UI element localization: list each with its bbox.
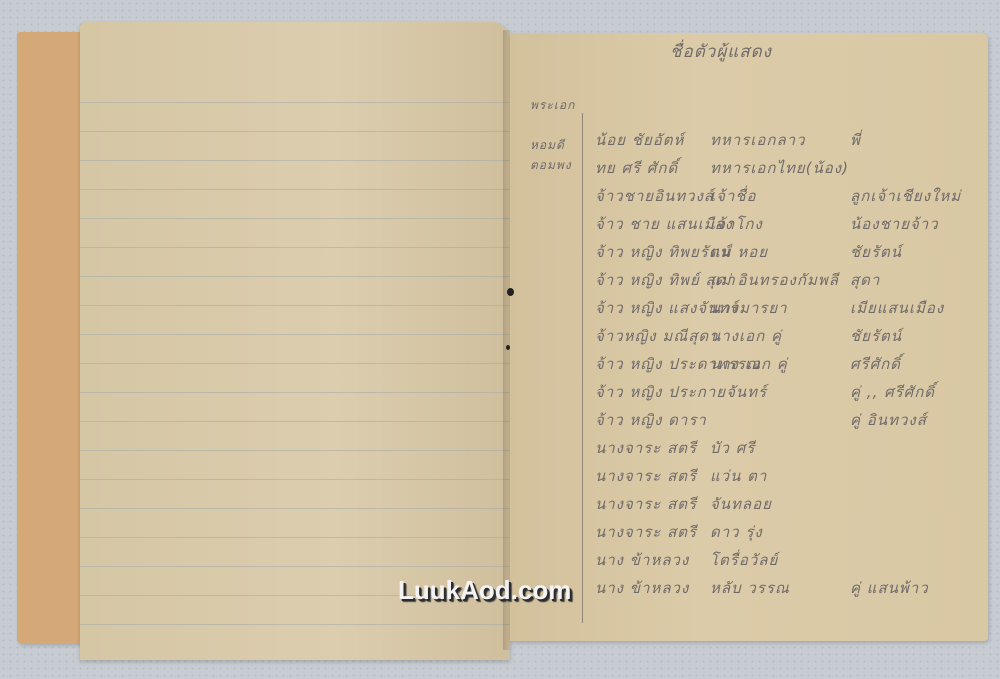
ruled-line xyxy=(80,218,510,219)
cast-row-col2: แม่ อินทรองกัมพลี xyxy=(710,268,839,292)
ruled-line xyxy=(80,479,510,480)
ruled-line xyxy=(80,392,510,393)
notebook-cover xyxy=(17,32,87,644)
cast-row-col2: หลับ วรรณ xyxy=(710,576,790,600)
cast-row-col3: เมียแสนเมือง xyxy=(850,296,944,320)
right-page-cast-list: ชื่อตัวผู้แสดง พระเอก หอมดี ตอมพง น้อย ช… xyxy=(510,33,988,641)
cast-row-col1: นางจาระ สตรี xyxy=(595,464,697,488)
cast-row-col2: บัว ศรี xyxy=(710,436,755,460)
left-page-blank-ruled xyxy=(80,22,510,660)
cast-row-col1: น้อย ชัยอัตห์ xyxy=(595,128,684,152)
ruled-line xyxy=(80,334,510,335)
watermark: LuukAod.com xyxy=(398,575,571,606)
cast-row-col1: จ้าว หญิง ประกายจันทร์ xyxy=(595,380,767,404)
cast-row-col1: จ้าวชายอินทวงส์ xyxy=(595,184,714,208)
cast-row-col2: จันทลอย xyxy=(710,492,772,516)
cast-row-col2: แม่ หอย xyxy=(710,240,768,264)
cast-row-col1: จ้าว หญิง ดารา xyxy=(595,408,707,432)
cast-row-col3: ชัยรัตน์ xyxy=(850,240,902,264)
margin-label-2: ตอมพง xyxy=(530,156,572,175)
cast-row-col2: โตรื่อวัลย์ xyxy=(710,548,778,572)
ruled-line xyxy=(80,189,510,190)
ruled-line xyxy=(80,537,510,538)
margin-label-1: หอมดี xyxy=(530,136,565,155)
cast-row-col3: คู่ แสนพ้าว xyxy=(850,576,929,600)
cast-row-col2: นาง เอก คู่ xyxy=(710,352,788,376)
cast-row-col3: คู่ อินทวงส์ xyxy=(850,408,927,432)
ruled-line xyxy=(80,160,510,161)
cast-row-col1: นาง ข้าหลวง xyxy=(595,548,689,572)
ink-spot xyxy=(506,345,510,350)
ruled-line xyxy=(80,508,510,509)
cast-row-col2: นางเอก คู่ xyxy=(710,324,782,348)
cast-row-col2: เจ้าชื่อ xyxy=(710,184,757,208)
cast-row-col2: เจ้าโกง xyxy=(710,212,763,236)
ruled-line xyxy=(80,624,510,625)
cast-row-col1: จ้าวหญิง มณีสุดา xyxy=(595,324,719,348)
cast-row-col2: ทหารเอกไทย(น้อง) xyxy=(710,156,849,180)
cast-row-col3: ชัยรัตน์ xyxy=(850,324,902,348)
cast-row-col3: พี่ xyxy=(850,128,861,152)
cast-row-col3: ศรีศักดิ์ xyxy=(850,352,901,376)
ruled-line xyxy=(80,421,510,422)
cast-row-col1: นางจาระ สตรี xyxy=(595,436,697,460)
cast-row-col1: ทย ศรี ศักดิ์ xyxy=(595,156,678,180)
cast-row-col1: นางจาระ สตรี xyxy=(595,520,697,544)
ruled-line xyxy=(80,102,510,103)
cast-row-col3: คู่ ,, ศรีศักดิ์ xyxy=(850,380,935,404)
margin-line xyxy=(582,113,583,623)
page-title: ชื่อตัวผู้แสดง xyxy=(670,38,772,65)
cast-row-col3: สุดา xyxy=(850,268,880,292)
ink-spot xyxy=(507,288,514,296)
cast-row-col1: นาง ข้าหลวง xyxy=(595,576,689,600)
cast-row-col3: น้องชายจ้าว xyxy=(850,212,939,236)
cast-row-col2: ทหารเอกลาว xyxy=(710,128,806,152)
ruled-line xyxy=(80,566,510,567)
ruled-line xyxy=(80,363,510,364)
cast-row-col3: ลูกเจ้าเชียงใหม่ xyxy=(850,184,961,208)
ruled-line xyxy=(80,450,510,451)
ruled-line xyxy=(80,247,510,248)
cast-row-col2: แว่น ตา xyxy=(710,464,767,488)
ruled-line xyxy=(80,131,510,132)
cast-row-col1: นางจาระ สตรี xyxy=(595,492,697,516)
cast-row-col2: ดาว รุ่ง xyxy=(710,520,763,544)
ruled-line xyxy=(80,276,510,277)
ruled-line xyxy=(80,305,510,306)
cast-row-col2: นางมารยา xyxy=(710,296,788,320)
margin-label-hero: พระเอก xyxy=(530,96,575,115)
